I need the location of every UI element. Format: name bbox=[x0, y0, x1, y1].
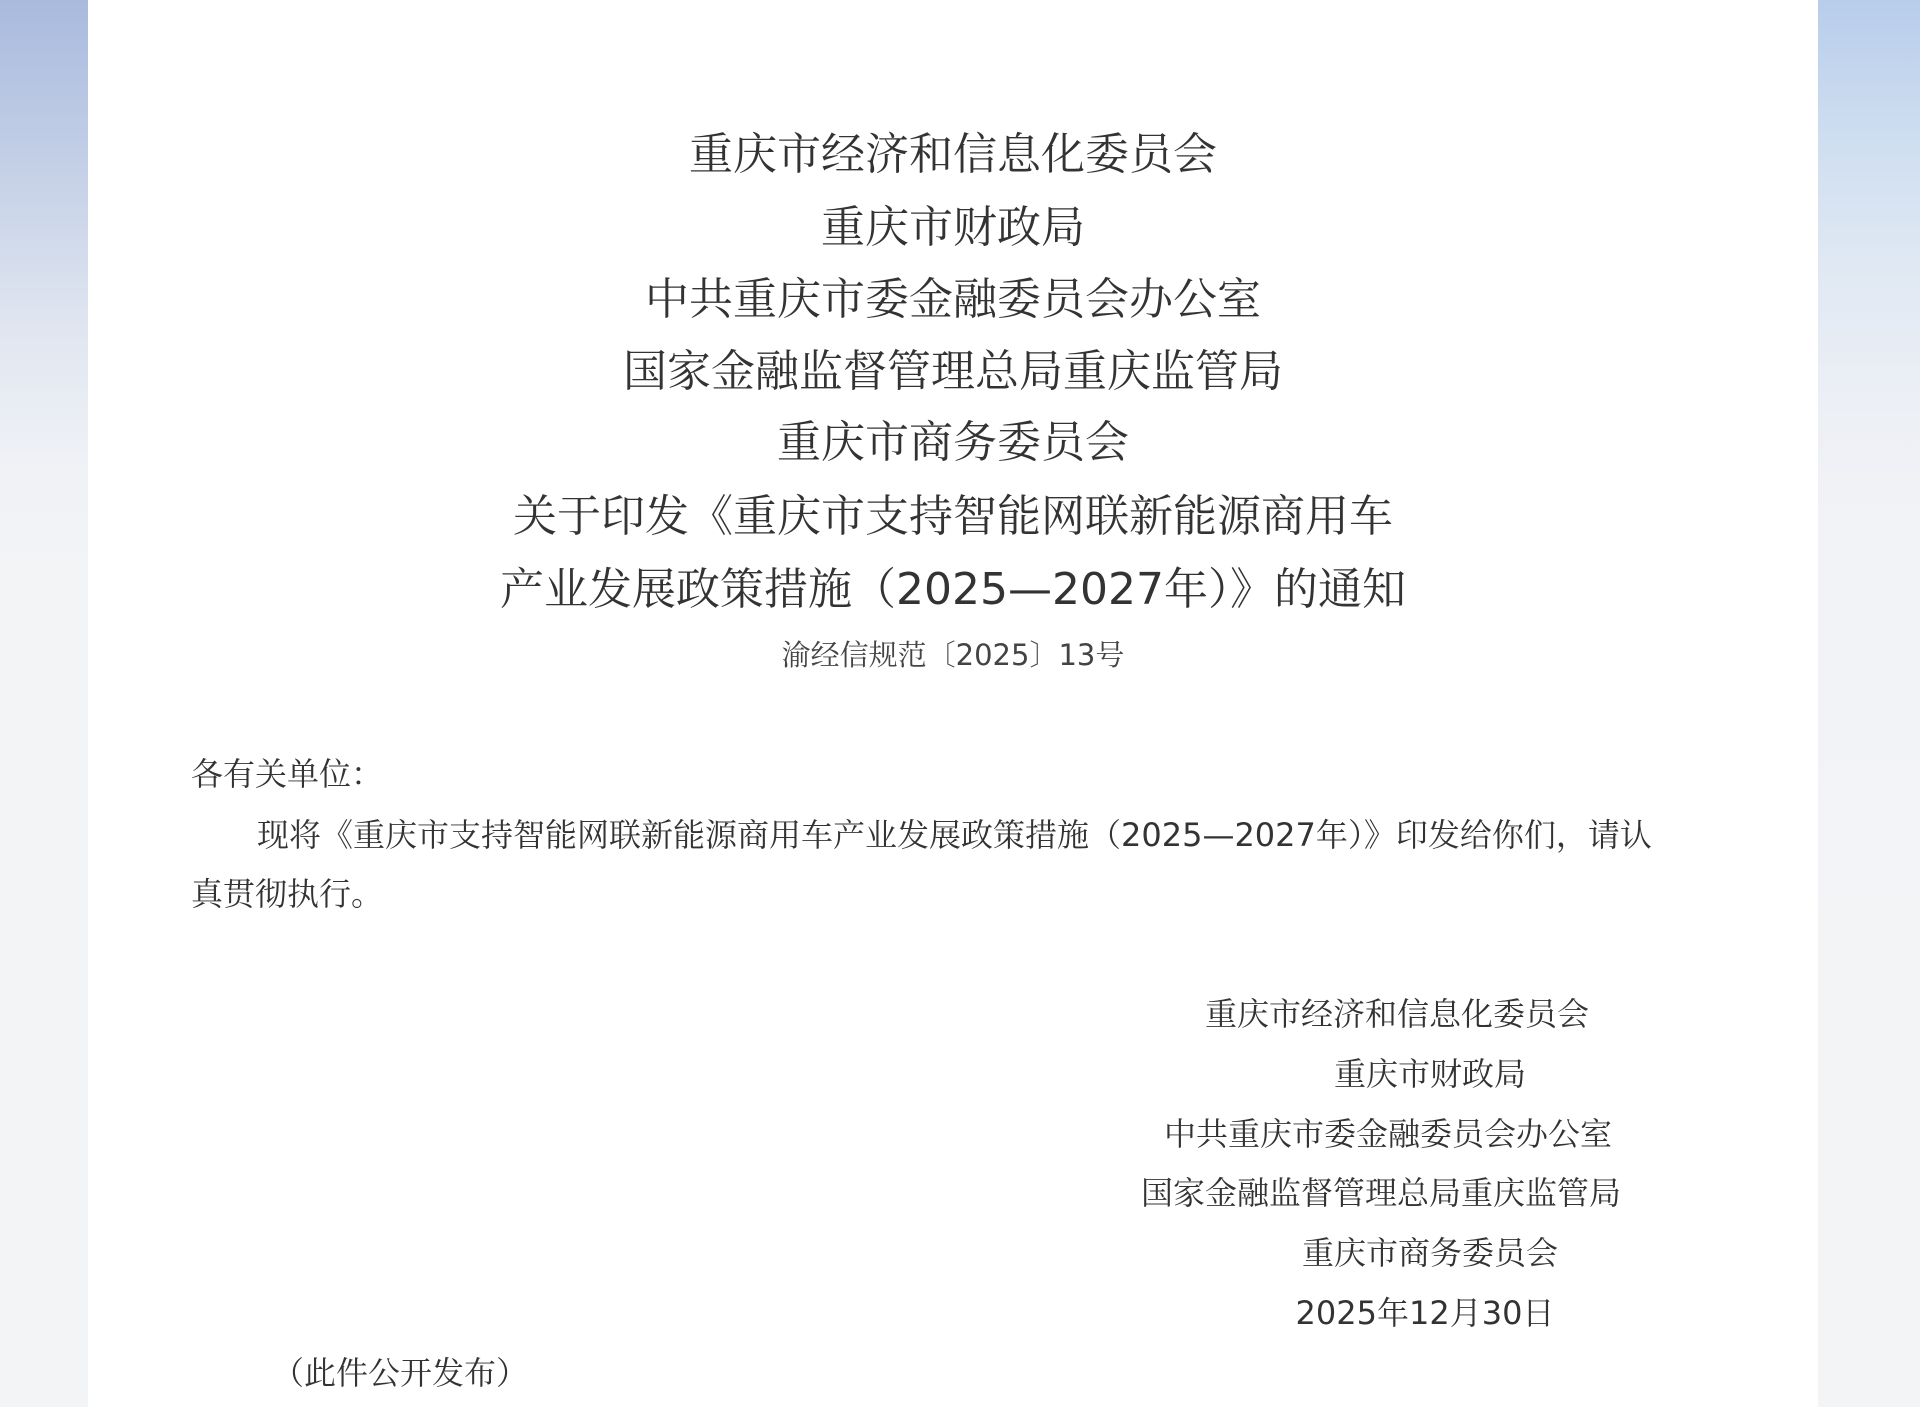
document-number: 渝经信规范〔2025〕13号 bbox=[88, 635, 1818, 675]
header-issuer-1: 重庆市经济和信息化委员会 bbox=[88, 125, 1818, 185]
left-background-gutter bbox=[0, 0, 88, 1407]
document-title-line-2: 产业发展政策措施（2025—2027年）》的通知 bbox=[88, 560, 1818, 620]
signature-issuer-5: 重庆市商务委员会 bbox=[1130, 1231, 1730, 1275]
signature-date: 2025年12月30日 bbox=[1125, 1291, 1725, 1335]
header-issuer-4: 国家金融监督管理总局重庆监管局 bbox=[88, 342, 1818, 402]
header-issuer-3: 中共重庆市委金融委员会办公室 bbox=[88, 270, 1818, 330]
signature-issuer-3: 中共重庆市委金融委员会办公室 bbox=[1088, 1112, 1688, 1156]
signature-issuer-2: 重庆市财政局 bbox=[1130, 1052, 1730, 1096]
body-paragraph-line-1: 现将《重庆市支持智能网联新能源商用车产业发展政策措施（2025—2027年）》印… bbox=[257, 813, 1652, 857]
document-title-line-1: 关于印发《重庆市支持智能网联新能源商用车 bbox=[88, 487, 1818, 547]
body-paragraph-line-2: 真贯彻执行。 bbox=[191, 872, 383, 916]
publication-note: （此件公开发布） bbox=[272, 1351, 528, 1395]
signature-issuer-4: 国家金融监督管理总局重庆监管局 bbox=[1081, 1171, 1681, 1215]
signature-issuer-1: 重庆市经济和信息化委员会 bbox=[1097, 992, 1697, 1036]
right-background-gutter bbox=[1818, 0, 1920, 1407]
document-page: 重庆市经济和信息化委员会 重庆市财政局 中共重庆市委金融委员会办公室 国家金融监… bbox=[88, 0, 1818, 1407]
header-issuer-5: 重庆市商务委员会 bbox=[88, 413, 1818, 473]
header-issuer-2: 重庆市财政局 bbox=[88, 198, 1818, 258]
salutation: 各有关单位： bbox=[191, 752, 383, 796]
